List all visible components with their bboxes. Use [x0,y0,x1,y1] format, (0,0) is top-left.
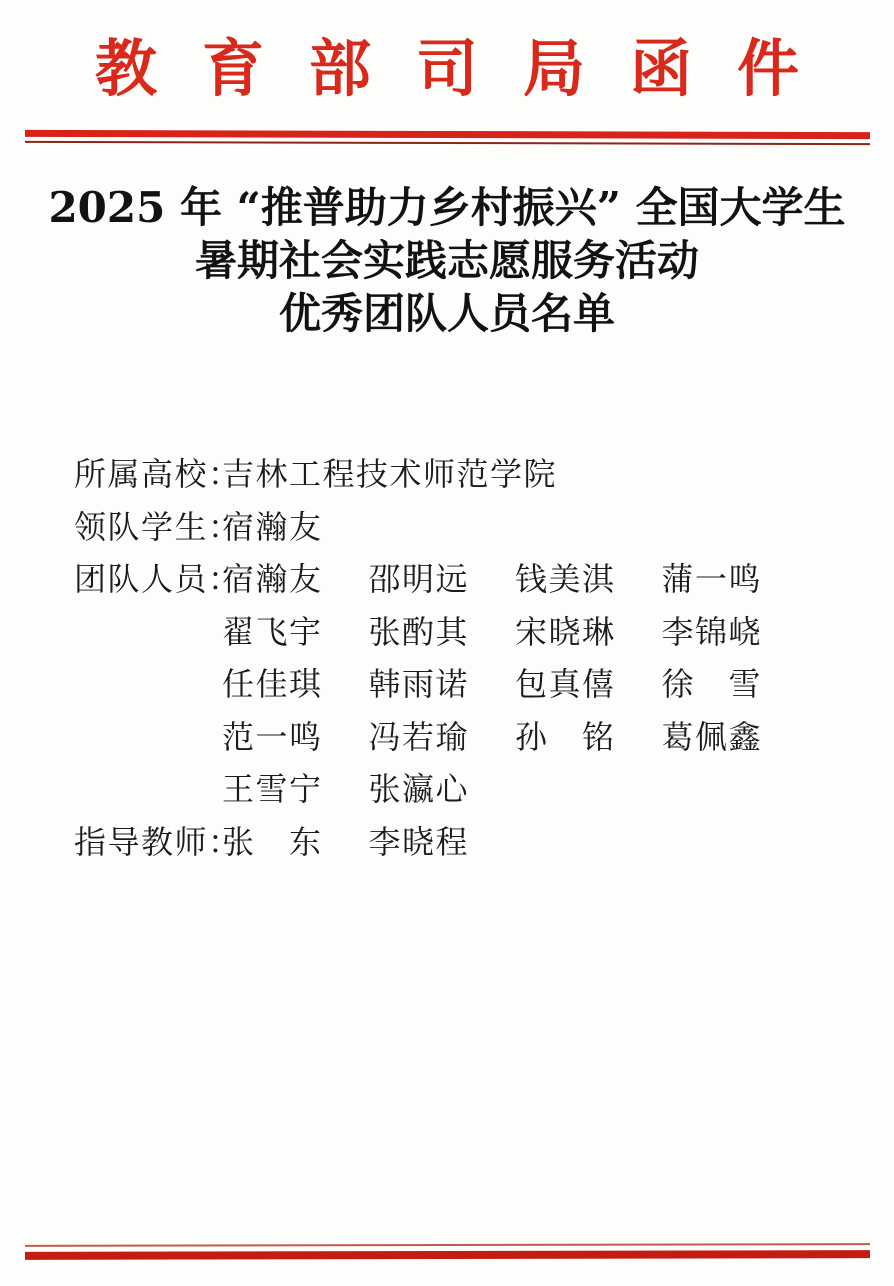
team-member-name: 钱美淇 [515,553,616,606]
team-member-name: 孙 铭 [515,711,616,764]
team-member-name: 范一鸣 [222,711,323,764]
team-member-name: 张瀛心 [369,763,470,816]
bottom-rule-thick [25,1250,870,1260]
bottom-rule-thin [25,1243,870,1247]
team-member-name: 李锦峣 [662,606,763,659]
team-member-name: 葛佩鑫 [662,711,763,764]
doc-title-line: 优秀团队人员名单 [0,287,894,340]
advisor-line: 指导教师：张 东李晓程 [74,816,874,869]
team-line: 任佳琪韩雨诺包真僖徐 雪 [74,658,874,711]
team-member-name: 邵明远 [369,553,470,606]
team-line: 范一鸣冯若瑜孙 铭葛佩鑫 [74,711,874,764]
top-rule-thick [25,130,870,139]
doc-title: 2025 年 “推普助力乡村振兴” 全国大学生暑期社会实践志愿服务活动优秀团队人… [0,181,894,340]
team-member-name: 蒲一鸣 [662,553,763,606]
advisor-name: 李晓程 [369,816,470,869]
field-label: 团队人员： [74,553,222,606]
field-label: 领队学生： [74,501,222,554]
field-label: 指导教师： [74,816,222,869]
team-line: 翟飞宇张酌其宋晓琳李锦峣 [74,606,874,659]
doc-body: 所属高校：吉林工程技术师范学院领队学生：宿瀚友团队人员：宿瀚友邵明远钱美淇蒲一鸣… [74,448,874,868]
team-member-name: 任佳琪 [222,658,323,711]
team-line: 团队人员：宿瀚友邵明远钱美淇蒲一鸣 [74,553,874,606]
team-member-name: 张酌其 [369,606,470,659]
document-page: 教育部司局函件 2025 年 “推普助力乡村振兴” 全国大学生暑期社会实践志愿服… [0,0,894,1286]
doc-title-line: 2025 年 “推普助力乡村振兴” 全国大学生 [0,181,894,234]
doc-title-line: 暑期社会实践志愿服务活动 [0,234,894,287]
leader-field-line: 领队学生：宿瀚友 [74,501,874,554]
team-member-name: 包真僖 [515,658,616,711]
team-line: 王雪宁张瀛心 [74,763,874,816]
team-member-name: 宋晓琳 [515,606,616,659]
field-value: 吉林工程技术师范学院 [222,448,557,501]
team-member-name: 王雪宁 [222,763,323,816]
letterhead-title: 教育部司局函件 [0,26,894,112]
school-field-line: 所属高校：吉林工程技术师范学院 [74,448,874,501]
top-rule-thin [25,141,870,145]
field-label: 所属高校： [74,448,222,501]
advisor-name: 张 东 [222,816,323,869]
team-member-name: 徐 雪 [662,658,763,711]
team-member-name: 翟飞宇 [222,606,323,659]
team-member-name: 韩雨诺 [369,658,470,711]
field-value: 宿瀚友 [222,501,323,554]
team-member-name: 冯若瑜 [369,711,470,764]
team-member-name: 宿瀚友 [222,553,323,606]
